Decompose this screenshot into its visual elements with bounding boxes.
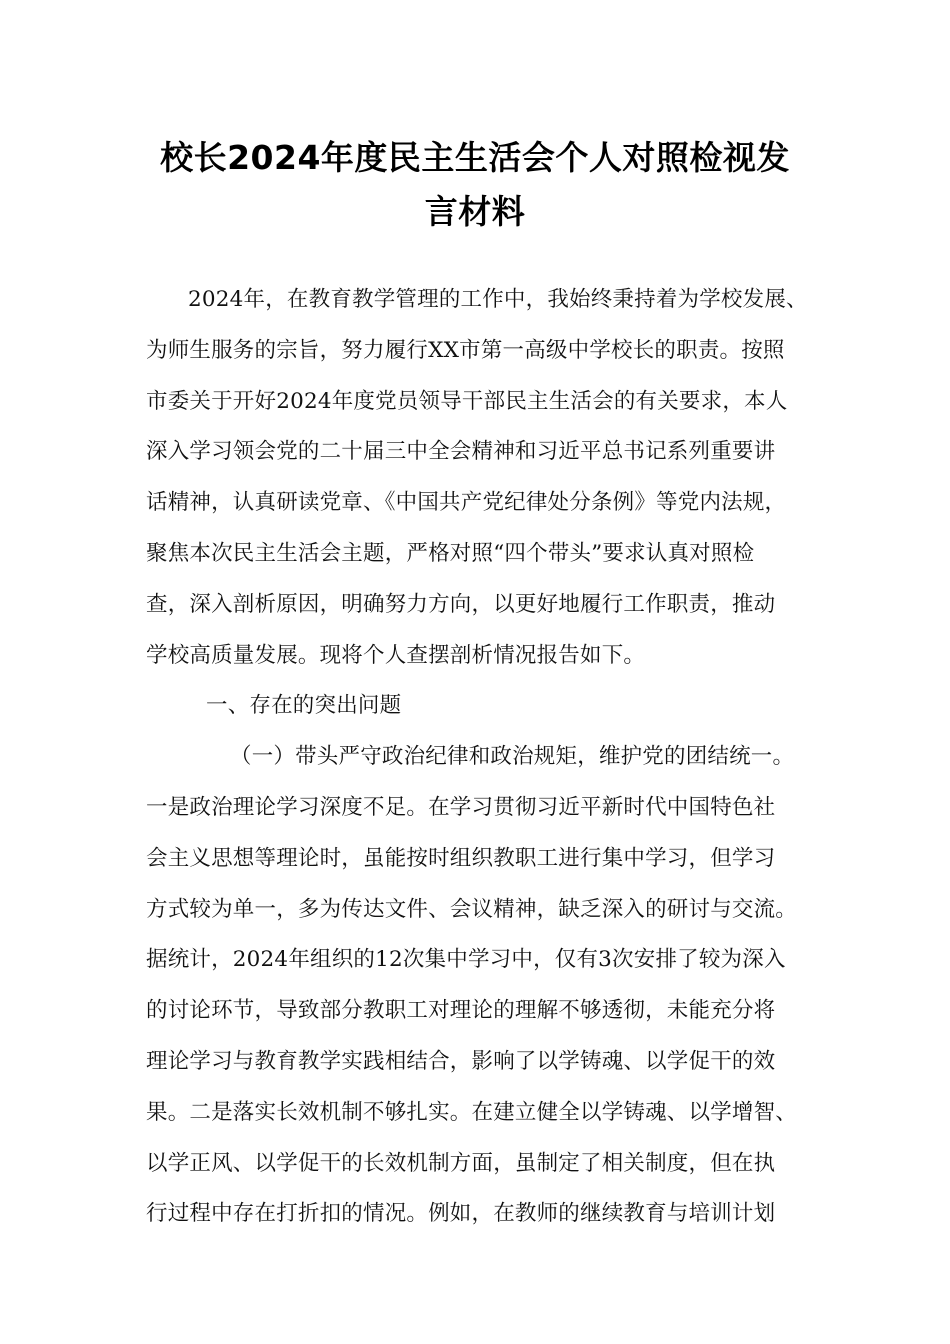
section-heading: 一、存在的突出问题 [146, 691, 836, 742]
body-paragraph-line: 据统计，2024年组织的12次集中学习中，仅有3次安排了较为深入 [146, 945, 836, 996]
body-paragraph-line: 行过程中存在打折扣的情况。例如，在教师的继续教育与培训计划 [146, 1199, 836, 1250]
subsection-heading: （一）带头严守政治纪律和政治规矩，维护党的团结统一。 [146, 742, 836, 793]
body-paragraph-line: 的讨论环节，导致部分教职工对理论的理解不够透彻，未能充分将 [146, 996, 836, 1047]
body-paragraph-line: 果。二是落实长效机制不够扎实。在建立健全以学铸魂、以学增智、 [146, 1098, 836, 1149]
body-paragraph-intro-line: 查，深入剖析原因，明确努力方向，以更好地履行工作职责，推动 [146, 590, 836, 641]
body-paragraph-intro-line: 为师生服务的宗旨，努力履行XX市第一高级中学校长的职责。按照 [146, 336, 836, 387]
body-paragraph-line: 方式较为单一，多为传达文件、会议精神，缺乏深入的研讨与交流。 [146, 895, 836, 946]
body-paragraph-intro-line: 市委关于开好2024年度党员领导干部民主生活会的有关要求，本人 [146, 387, 836, 438]
document-body: 2024年，在教育教学管理的工作中，我始终秉持着为学校发展、 为师生服务的宗旨，… [146, 285, 836, 1250]
body-paragraph-intro-line: 深入学习领会党的二十届三中全会精神和习近平总书记系列重要讲 [146, 437, 836, 488]
body-paragraph-intro-line: 学校高质量发展。现将个人查摆剖析情况报告如下。 [146, 641, 836, 692]
body-paragraph-intro-line: 聚焦本次民主生活会主题，严格对照“四个带头”要求认真对照检 [146, 539, 836, 590]
body-paragraph-line: 以学正风、以学促干的长效机制方面，虽制定了相关制度，但在执 [146, 1149, 836, 1200]
body-paragraph-intro-line: 话精神，认真研读党章、《中国共产党纪律处分条例》等党内法规， [146, 488, 836, 539]
document-page: 校长2024年度民主生活会个人对照检视发 言材料 2024年，在教育教学管理的工… [0, 0, 950, 1344]
body-paragraph-line: 会主义思想等理论时，虽能按时组织教职工进行集中学习，但学习 [146, 844, 836, 895]
body-paragraph-line: 理论学习与教育教学实践相结合，影响了以学铸魂、以学促干的效 [146, 1047, 836, 1098]
body-paragraph-line: 一是政治理论学习深度不足。在学习贯彻习近平新时代中国特色社 [146, 793, 836, 844]
document-title-line-1: 校长2024年度民主生活会个人对照检视发 [100, 132, 850, 179]
document-title-line-2: 言材料 [100, 186, 850, 233]
body-paragraph-intro-line: 2024年，在教育教学管理的工作中，我始终秉持着为学校发展、 [146, 285, 836, 336]
